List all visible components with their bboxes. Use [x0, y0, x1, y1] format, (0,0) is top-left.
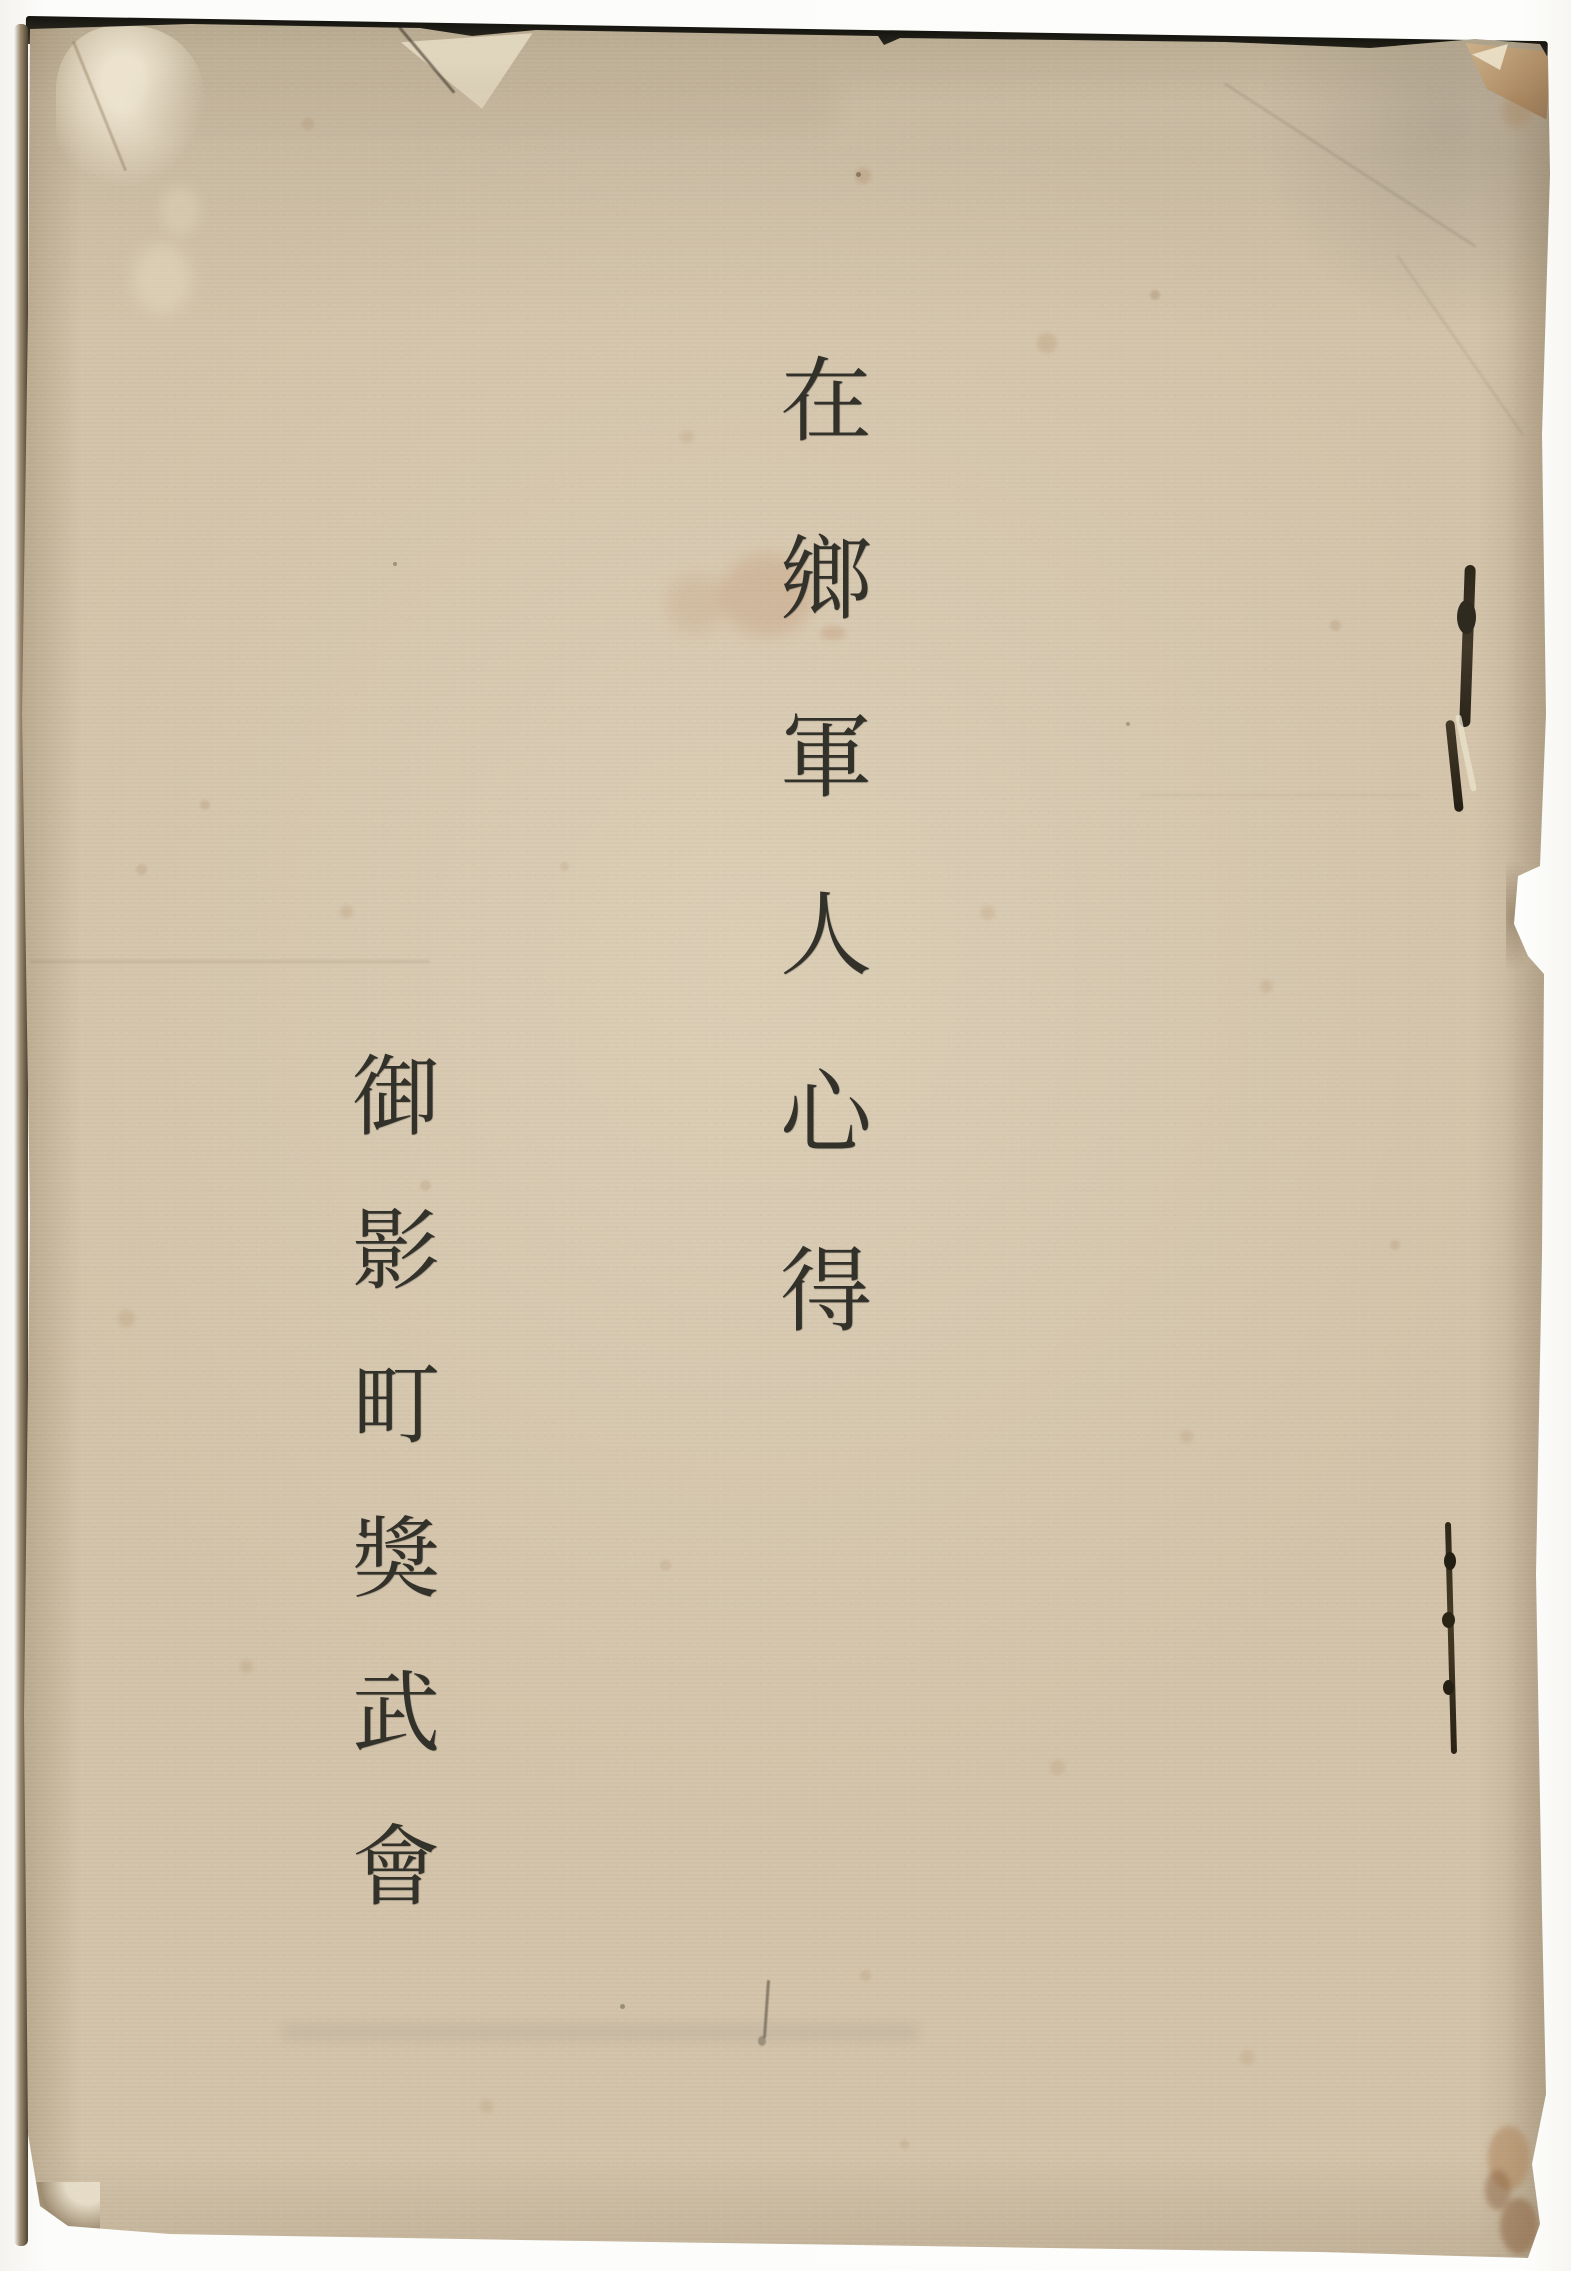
stitch-knot-upper — [1457, 600, 1476, 634]
foxing-spot — [980, 905, 995, 920]
foxing-spot — [900, 2140, 909, 2149]
scanned-booklet-cover: 在鄉軍人心得 御影町獎武會 — [20, 14, 1552, 2266]
foxing-spot — [1140, 794, 1420, 796]
stitch-knot-lower — [1443, 1680, 1454, 1695]
foxing-spot — [480, 2100, 493, 2113]
foxing-spot — [136, 864, 147, 875]
foxing-spot — [160, 186, 200, 236]
foxing-spot — [666, 574, 726, 634]
right-edge-notch-shadow — [1506, 860, 1540, 972]
foxing-spot — [620, 2004, 625, 2009]
foxing-spot — [393, 562, 397, 566]
foxing-spot — [1050, 1760, 1065, 1775]
stitch-knot-lower — [1442, 1612, 1455, 1628]
foxing-spot — [200, 800, 210, 810]
foxing-spot — [1180, 1430, 1193, 1443]
cover-title-vertical: 在鄉軍人心得 — [772, 352, 864, 1420]
foxing-spot — [240, 1660, 253, 1673]
foxing-spot — [860, 1970, 871, 1981]
curled-corner-bottom-left — [36, 2182, 100, 2252]
foxing-spot — [856, 172, 861, 177]
stitch-knot-lower — [1444, 1552, 1456, 1570]
foxing-spot — [1390, 1240, 1400, 1250]
chipped-edge-bottom-right — [1500, 2198, 1538, 2254]
foxing-spot — [30, 960, 430, 963]
right-edge-shading — [1506, 14, 1552, 2266]
foxing-spot — [118, 1310, 135, 1327]
foxing-spot — [1150, 290, 1160, 300]
foxing-spot — [1485, 2170, 1511, 2210]
foxing-spot — [280, 2024, 920, 2040]
foxing-spot — [1126, 722, 1130, 726]
foxing-spot — [660, 1560, 671, 1571]
foxing-spot — [140, 74, 840, 134]
foxing-spot — [680, 430, 694, 444]
foxing-spot — [1330, 620, 1341, 631]
foxing-spot — [340, 905, 353, 918]
foxing-spot — [1502, 94, 1532, 128]
foxing-spot — [560, 862, 569, 871]
foxing-spot — [1260, 980, 1273, 993]
cover-organization-vertical: 御影町獎武會 — [343, 1050, 431, 1974]
foxing-spot — [132, 244, 192, 314]
foxing-spot — [1037, 333, 1057, 353]
foxing-spot — [1240, 2050, 1255, 2065]
scan-canvas: { "cover": { "title_vertical": "在鄉軍人心得",… — [0, 0, 1571, 2271]
